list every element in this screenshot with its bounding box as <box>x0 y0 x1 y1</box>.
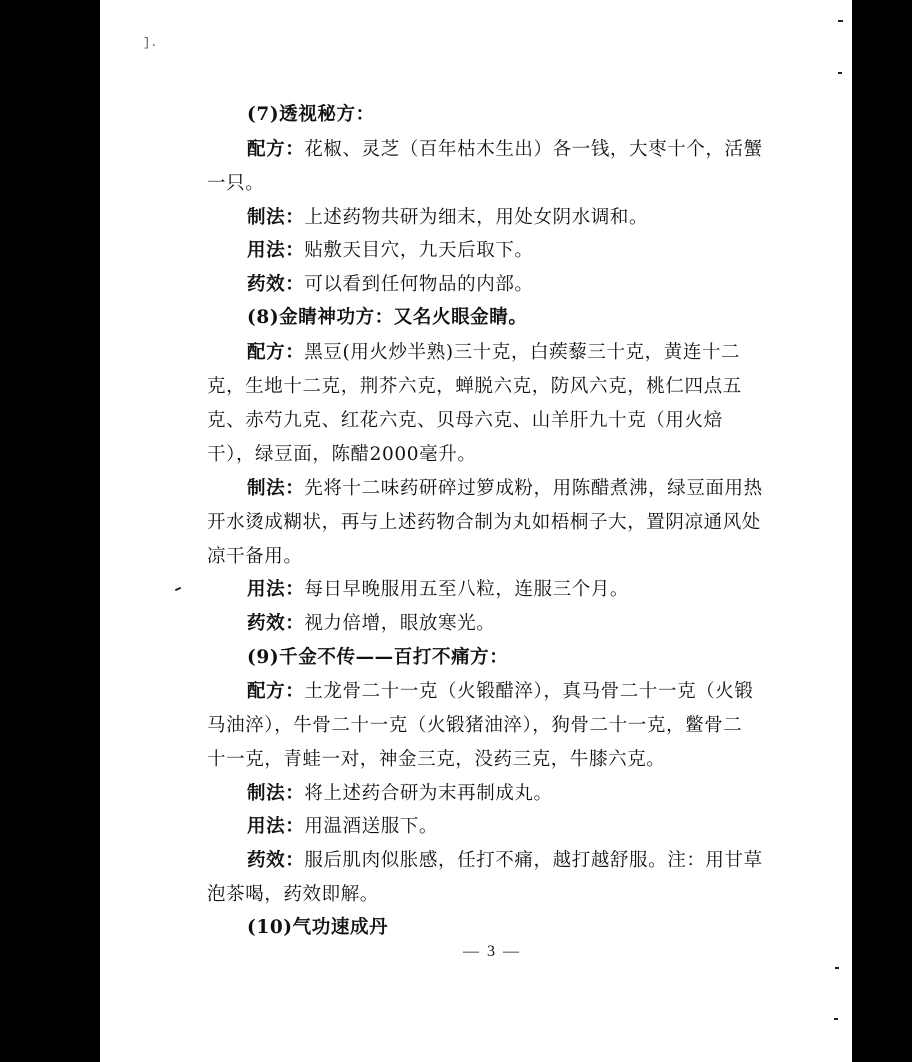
text-line: 药效：视力倍增，眼放寒光。 <box>247 610 495 638</box>
field-label: 用法： <box>247 816 304 837</box>
section-heading: (10)气功速成丹 <box>247 914 388 942</box>
field-label: 制法： <box>247 478 304 499</box>
scan-speck <box>838 72 842 74</box>
line-text: 马油淬），牛骨二十一克（火锻猪油淬），狗骨二十一克，鳖骨二 <box>207 715 742 736</box>
text-line: 制法：先将十二味药研碎过箩成粉，用陈醋煮沸，绿豆面用热 <box>247 475 763 503</box>
line-text: 一只。 <box>207 173 264 194</box>
line-text: 上述药物共研为细末，用处女阴水调和。 <box>304 207 648 228</box>
line-text: 土龙骨二十一克（火锻醋淬），真马骨二十一克（火锻 <box>304 681 753 702</box>
field-label: 药效： <box>247 613 304 634</box>
text-line: 克，生地十二克，荆芥六克，蝉脱六克，防风六克，桃仁四点五 <box>207 373 742 401</box>
line-text: 凉干备用。 <box>207 546 303 567</box>
line-text: 花椒、灵芝（百年枯木生出）各一钱，大枣十个，活蟹 <box>304 139 762 160</box>
line-text: 用温酒送服下。 <box>304 816 438 837</box>
page-number: — 3 — <box>463 943 521 961</box>
line-text: 泡茶喝，药效即解。 <box>207 884 379 905</box>
scan-speck <box>835 967 839 969</box>
text-line: 药效：可以看到任何物品的内部。 <box>247 271 534 299</box>
text-line: 开水烫成糊状，再与上述药物合制为丸如梧桐子大，置阴凉通风处 <box>207 509 761 537</box>
section-heading: (7)透视秘方： <box>247 101 375 129</box>
scan-speck <box>834 1018 838 1020</box>
line-text: 先将十二味药研碎过箩成粉，用陈醋煮沸，绿豆面用热 <box>304 478 762 499</box>
line-text: 将上述药合研为末再制成丸。 <box>304 783 552 804</box>
line-text: 克，生地十二克，荆芥六克，蝉脱六克，防风六克，桃仁四点五 <box>207 376 742 397</box>
section-heading: (9)千金不传——百打不痛方： <box>247 644 508 672</box>
field-label: 制法： <box>247 783 304 804</box>
line-text: 克、赤芍九克、红花六克、贝母六克、山羊肝九十克（用火焙 <box>207 410 723 431</box>
field-label: 用法： <box>247 240 304 261</box>
line-text: 干），绿豆面，陈醋2000毫升。 <box>207 444 476 465</box>
text-line: 一只。 <box>207 170 264 198</box>
line-text: (8)金睛神功方：又名火眼金睛。 <box>247 307 527 328</box>
text-line: 凉干备用。 <box>207 543 303 571</box>
text-line: 配方：黑豆(用火炒半熟)三十克，白蒺藜三十克，黄连十二 <box>247 339 740 367</box>
field-label: 配方： <box>247 342 304 363</box>
text-line: 配方：花椒、灵芝（百年枯木生出）各一钱，大枣十个，活蟹 <box>247 136 763 164</box>
line-text: (9)千金不传——百打不痛方： <box>247 647 508 668</box>
text-line: 药效：服后肌肉似胀感，任打不痛，越打越舒服。注：用甘草 <box>247 847 763 875</box>
field-label: 配方： <box>247 139 304 160</box>
text-line: 配方：土龙骨二十一克（火锻醋淬），真马骨二十一克（火锻 <box>247 678 753 706</box>
text-line: 制法：上述药物共研为细末，用处女阴水调和。 <box>247 204 648 232</box>
text-line: 用法：用温酒送服下。 <box>247 813 438 841</box>
line-text: 视力倍增，眼放寒光。 <box>304 613 495 634</box>
text-line: 制法：将上述药合研为末再制成丸。 <box>247 780 553 808</box>
line-text: 可以看到任何物品的内部。 <box>304 274 533 295</box>
field-label: 药效： <box>247 850 304 871</box>
line-text: 服后肌肉似胀感，任打不痛，越打越舒服。注：用甘草 <box>304 850 762 871</box>
field-label: 制法： <box>247 207 304 228</box>
text-line: 马油淬），牛骨二十一克（火锻猪油淬），狗骨二十一克，鳖骨二 <box>207 712 742 740</box>
field-label: 配方： <box>247 681 304 702</box>
text-line: 用法：每日早晚服用五至八粒，连服三个月。 <box>247 576 629 604</box>
scan-speck <box>838 20 843 22</box>
field-label: 用法： <box>247 579 304 600</box>
field-label: 药效： <box>247 274 304 295</box>
line-text: (10)气功速成丹 <box>247 917 388 938</box>
scanned-page: ]. (7)透视秘方：配方：花椒、灵芝（百年枯木生出）各一钱，大枣十个，活蟹一只… <box>100 0 852 1062</box>
scan-speck <box>175 587 181 591</box>
text-line: 克、赤芍九克、红花六克、贝母六克、山羊肝九十克（用火焙 <box>207 407 723 435</box>
text-line: 用法：贴敷天目穴，九天后取下。 <box>247 237 534 265</box>
text-line: 泡茶喝，药效即解。 <box>207 881 379 909</box>
line-text: 黑豆(用火炒半熟)三十克，白蒺藜三十克，黄连十二 <box>304 342 740 363</box>
line-text: 每日早晚服用五至八粒，连服三个月。 <box>304 579 629 600</box>
line-text: 贴敷天目穴，九天后取下。 <box>304 240 533 261</box>
section-heading: (8)金睛神功方：又名火眼金睛。 <box>247 304 527 332</box>
line-text: 开水烫成糊状，再与上述药物合制为丸如梧桐子大，置阴凉通风处 <box>207 512 761 533</box>
line-text: 十一克，青蛙一对，神金三克，没药三克，牛膝六克。 <box>207 749 665 770</box>
corner-scan-mark: ]. <box>143 36 157 50</box>
line-text: (7)透视秘方： <box>247 104 375 125</box>
text-line: 十一克，青蛙一对，神金三克，没药三克，牛膝六克。 <box>207 746 665 774</box>
text-line: 干），绿豆面，陈醋2000毫升。 <box>207 441 476 469</box>
